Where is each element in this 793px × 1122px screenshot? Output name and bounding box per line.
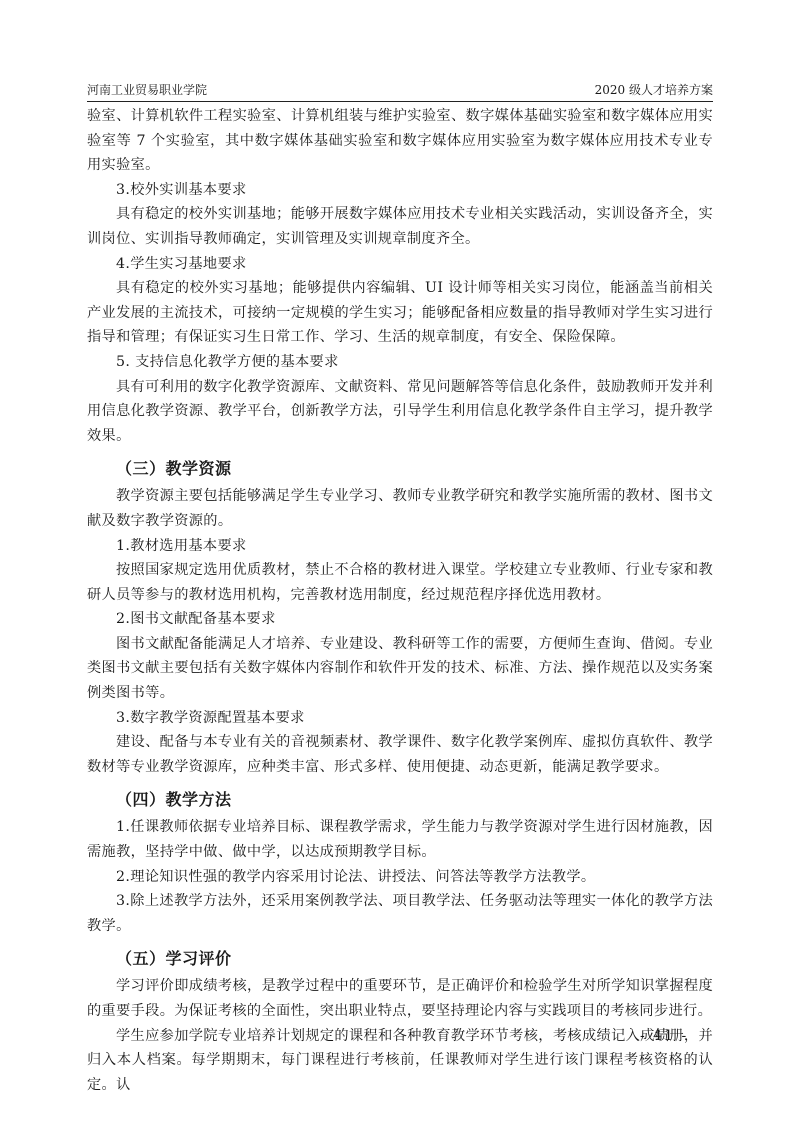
section-heading-teaching-methods: （四）教学方法 (87, 787, 713, 813)
paragraph: 图书文献配备能满足人才培养、专业建设、教科研等工作的需要，方便师生查询、借阅。专… (87, 632, 713, 706)
paragraph: 具有稳定的校外实训基地；能够开展数字媒体应用技术专业相关实践活动，实训设备齐全，… (87, 202, 713, 251)
subsection-heading: 5. 支持信息化教学方便的基本要求 (87, 350, 713, 375)
subsection-heading: 4.学生实习基地要求 (87, 252, 713, 277)
paragraph: 2.理论知识性强的教学内容采用讨论法、讲授法、问答法等教学方法教学。 (87, 865, 713, 890)
page-number: - 41 - (640, 1028, 688, 1044)
subsection-heading: 3.校外实训基本要求 (87, 178, 713, 203)
subsection-heading: 1.教材选用基本要求 (87, 534, 713, 559)
document-body: 验室、计算机软件工程实验室、计算机组装与维护实验室、数字媒体基础实验室和数字媒体… (87, 104, 713, 1097)
section-heading-learning-evaluation: （五）学习评价 (87, 946, 713, 972)
paragraph: 学生应参加学院专业培养计划规定的课程和各种教育教学环节考核，考核成绩记入成绩册，… (87, 1024, 713, 1098)
paragraph: 建设、配备与本专业有关的音视频素材、教学课件、数字化教学案例库、虚拟仿真软件、教… (87, 730, 713, 779)
paragraph: 3.除上述教学方法外，还采用案例教学法、项目教学法、任务驱动法等理实一体化的教学… (87, 889, 713, 938)
paragraph: 验室、计算机软件工程实验室、计算机组装与维护实验室、数字媒体基础实验室和数字媒体… (87, 104, 713, 178)
paragraph: 教学资源主要包括能够满足学生专业学习、教师专业教学研究和教学实施所需的教材、图书… (87, 484, 713, 533)
paragraph: 具有稳定的校外实习基地；能够提供内容编辑、UI 设计师等相关实习岗位，能涵盖当前… (87, 276, 713, 350)
paragraph: 1.任课教师依据专业培养目标、课程教学需求，学生能力与教学资源对学生进行因材施教… (87, 815, 713, 864)
paragraph: 学习评价即成绩考核，是教学过程中的重要环节，是正确评价和检验学生对所学知识掌握程… (87, 974, 713, 1023)
subsection-heading: 2.图书文献配备基本要求 (87, 607, 713, 632)
section-heading-teaching-resources: （三）教学资源 (87, 456, 713, 482)
paragraph: 按照国家规定选用优质教材，禁止不合格的教材进入课堂。学校建立专业教师、行业专家和… (87, 558, 713, 607)
header-institution: 河南工业贸易职业学院 (87, 81, 207, 98)
header-document-title: 2020 级人才培养方案 (595, 81, 713, 98)
running-header: 河南工业贸易职业学院 2020 级人才培养方案 (87, 78, 713, 102)
subsection-heading: 3.数字教学资源配置基本要求 (87, 706, 713, 731)
paragraph: 具有可利用的数字化教学资源库、文献资料、常见问题解答等信息化条件，鼓励教师开发并… (87, 375, 713, 449)
